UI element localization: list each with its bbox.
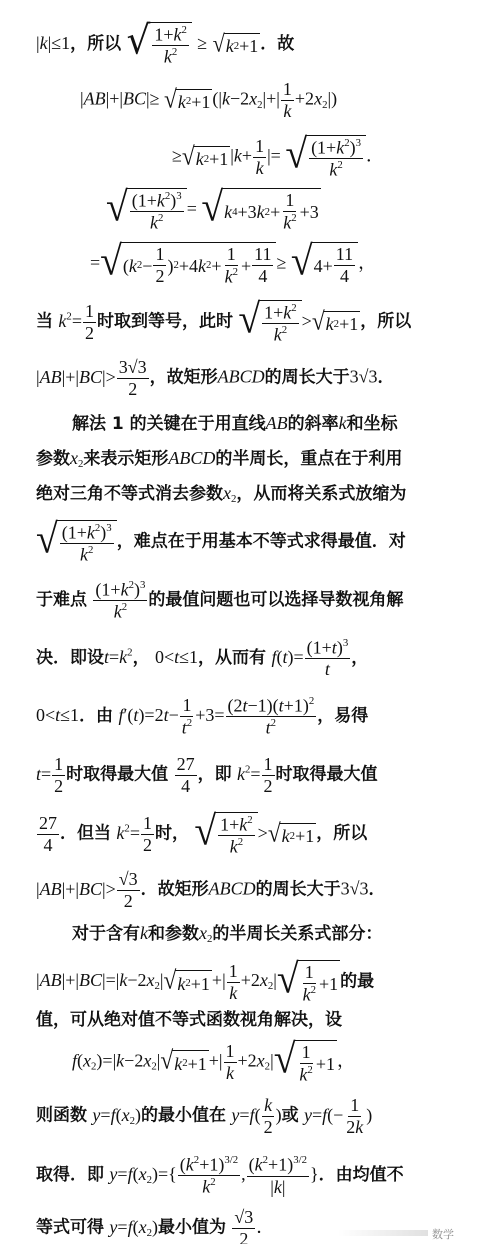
line-23: 取得．即 y=f(x2)={(k2+1)3/2k2,(k2+1)3/2|k|}．… — [36, 1155, 404, 1197]
line-17: |AB|+|BC|>√32．故矩形ABCD的周长大于3√3． — [36, 870, 386, 911]
line-24: 等式可得 y=f(x2)最小值为 √32． — [36, 1208, 274, 1244]
line-16: 274．但当 k2=12时， √1+k2k2>√k2+1，所以 — [36, 812, 367, 857]
line-14: 0<t≤1．由 f′(t)=2t−1t2+3=(2t−1)(t+1)2t2，易得 — [36, 696, 368, 738]
watermark-bar — [338, 1230, 428, 1236]
line-7: |AB|+|BC|>3√32，故矩形ABCD的周长大于3√3． — [36, 358, 395, 399]
line-6: 当 k2=12时取到等号，此时 √1+k2k2>√k2+1，所以 — [36, 300, 411, 345]
document-page: |k|≤1，所以 √1+k2k2 ≥ √k2+1．故 |AB|+|BC|≥ √k… — [0, 0, 478, 1244]
line-10: 绝对三角不等式消去参数x2，从而将关系式放缩为 — [36, 484, 406, 505]
line-4: √(1+k2)3k2= √k4+3k2+1k2+3 — [106, 188, 321, 233]
watermark: 数学 — [432, 1226, 454, 1242]
line-21: f(x2)=|k−2x2|√k2+1+|1k+2x2|√1k2+1， — [72, 1040, 355, 1084]
line-12: 于难点 (1+k2)3k2的最值问题也可以选择导数视角解 — [36, 580, 403, 622]
line-3: ≥√k2+1|k+1k|= √(1+k2)3k2． — [172, 135, 384, 180]
line-15: t=12时取得最大值 274，即 k2=12时取得最大值 — [36, 755, 378, 796]
line-20: 值，可从绝对值不等式函数视角解决，设 — [36, 1012, 342, 1029]
line-5: =√(k2−12)2+4k2+1k2+114≥ √4+114， — [90, 242, 376, 286]
line-8: 解法 1 的关键在于用直线AB的斜率k和坐标 — [72, 414, 398, 433]
line-18: 对于含有k和参数x2的半周长关系式部分： — [72, 924, 382, 945]
line-9: 参数x2来表示矩形ABCD的半周长，重点在于利用 — [36, 449, 402, 470]
line-11: √(1+k2)3k2，难点在于用基本不等式求得最值．对 — [36, 520, 406, 565]
line-22: 则函数 y=f(x2)的最小值在 y=f(k2)或 y=f(−12k) — [36, 1096, 372, 1137]
line-19: |AB|+|BC|=|k−2x2|√k2+1+|1k+2x2|√1k2+1的最 — [36, 960, 374, 1004]
line-2: |AB|+|BC|≥ √k2+1(|k−2x2|+|1k+2x2|) — [80, 80, 337, 121]
line-13: 决．即设t=k2， 0<t≤1，从而有 f(t)=(1+t)3t， — [36, 638, 368, 679]
line-1: |k|≤1，所以 √1+k2k2 ≥ √k2+1．故 — [36, 22, 294, 67]
